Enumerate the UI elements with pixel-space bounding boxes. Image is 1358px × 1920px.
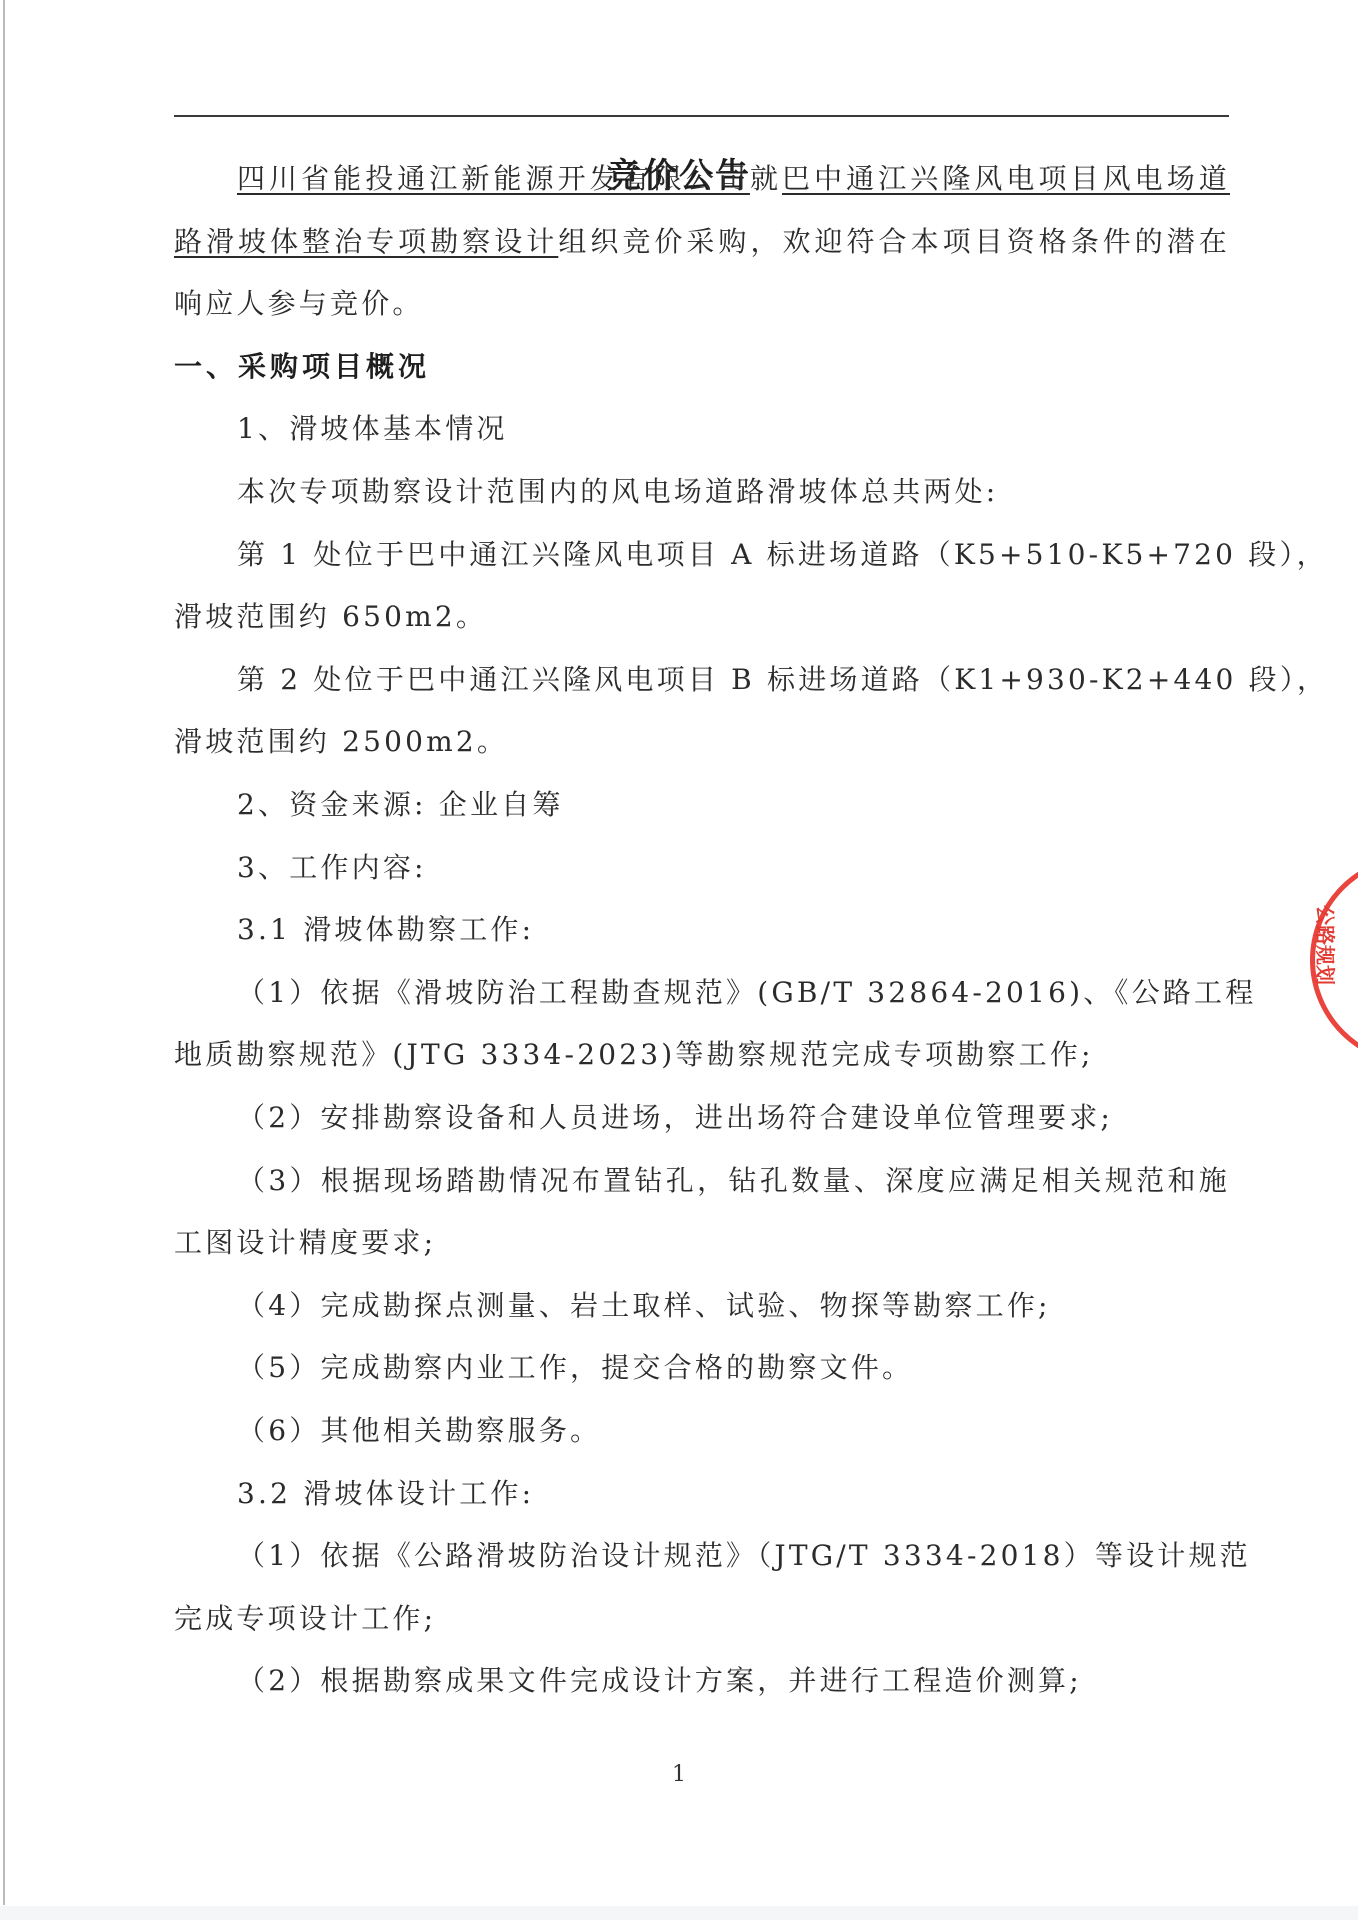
intro-connector: 就 <box>750 162 782 195</box>
intro-line-1: 四川省能投通江新能源开发有限公司就巴中通江兴隆风电项目风电场道 <box>237 159 1230 199</box>
header-rule <box>174 115 1229 117</box>
site-2-line-1: 第 2 处位于巴中通江兴隆风电项目 B 标进场道路（K1+930-K2+440 … <box>237 660 1230 700</box>
scan-bottom-edge <box>0 1906 1358 1920</box>
survey-item-2: （2）安排勘察设备和人员进场，进出场符合建设单位管理要求; <box>237 1098 1230 1138</box>
survey-item-1-line-1: （1）依据《滑坡防治工程勘查规范》(GB/T 32864-2016)、《公路工程 <box>237 973 1230 1013</box>
subsection-3-2-heading: 3.2 滑坡体设计工作: <box>237 1474 1230 1514</box>
intro-text: 组织竞价采购，欢迎符合本项目资格条件的潜在 <box>558 225 1230 258</box>
survey-item-3-line-1: （3）根据现场踏勘情况布置钻孔，钻孔数量、深度应满足相关规范和施 <box>237 1161 1230 1201</box>
design-item-2: （2）根据勘察成果文件完成设计方案，并进行工程造价测算; <box>237 1661 1230 1701</box>
item-1-heading: 1、滑坡体基本情况 <box>237 409 1230 449</box>
seal-text: 公路规划 <box>1310 905 1340 925</box>
survey-item-4: （4）完成勘探点测量、岩土取样、试验、物探等勘察工作; <box>237 1286 1230 1326</box>
project-name-part2: 路滑坡体整治专项勘察设计 <box>174 225 558 258</box>
design-item-1-line-2: 完成专项设计工作; <box>174 1599 1230 1639</box>
site-1-line-2: 滑坡范围约 650m2。 <box>174 597 1230 637</box>
subsection-3-1-heading: 3.1 滑坡体勘察工作: <box>237 910 1230 950</box>
survey-item-5: （5）完成勘察内业工作，提交合格的勘察文件。 <box>237 1348 1230 1388</box>
site-1-line-1: 第 1 处位于巴中通江兴隆风电项目 A 标进场道路（K5+510-K5+720 … <box>237 535 1230 575</box>
section-heading-1: 一、采购项目概况 <box>174 347 1230 387</box>
intro-line-2: 路滑坡体整治专项勘察设计组织竞价采购，欢迎符合本项目资格条件的潜在 <box>174 222 1230 262</box>
project-name-part1: 巴中通江兴隆风电项目风电场道 <box>782 162 1230 195</box>
design-item-1-line-1: （1）依据《公路滑坡防治设计规范》（JTG/T 3334-2018）等设计规范 <box>237 1536 1230 1576</box>
scan-left-edge <box>3 0 5 1905</box>
survey-item-3-line-2: 工图设计精度要求; <box>174 1223 1230 1263</box>
item-1-summary: 本次专项勘察设计范围内的风电场道路滑坡体总共两处: <box>237 472 1230 512</box>
company-name: 四川省能投通江新能源开发有限公司 <box>237 162 750 195</box>
page-number: 1 <box>0 1760 1358 1790</box>
site-2-line-2: 滑坡范围约 2500m2。 <box>174 722 1230 762</box>
item-3-heading: 3、工作内容: <box>237 848 1230 888</box>
intro-line-3: 响应人参与竞价。 <box>174 284 1230 324</box>
survey-item-6: （6）其他相关勘察服务。 <box>237 1411 1230 1451</box>
survey-item-1-line-2: 地质勘察规范》(JTG 3334-2023)等勘察规范完成专项勘察工作; <box>174 1035 1230 1075</box>
item-2-funding: 2、资金来源: 企业自筹 <box>237 785 1230 825</box>
